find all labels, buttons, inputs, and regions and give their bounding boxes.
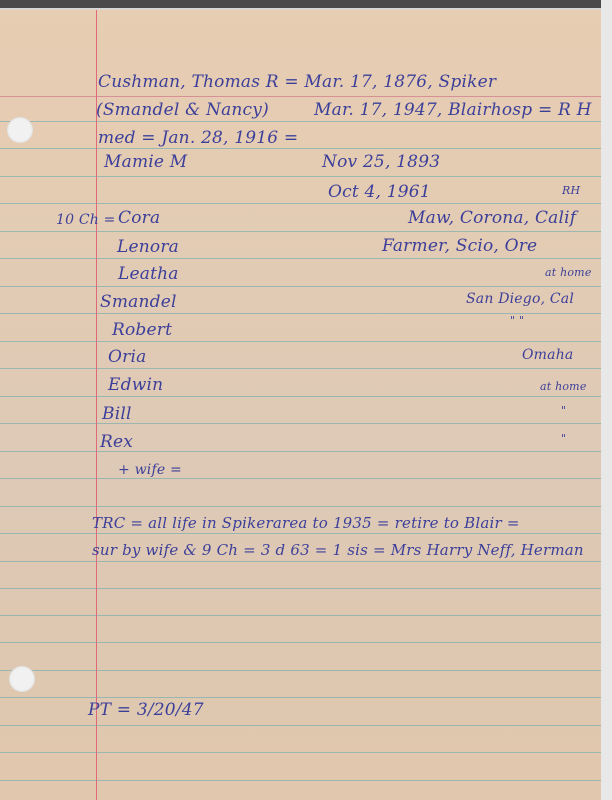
child-name: Robert: [112, 320, 172, 340]
ruled-line: [0, 286, 601, 287]
notebook-page: [0, 10, 601, 800]
ruled-line: [0, 697, 601, 698]
ruled-line: [0, 231, 601, 232]
child-note: at home: [540, 380, 587, 393]
children-footer: + wife =: [118, 462, 182, 478]
ruled-line: [0, 451, 601, 452]
ruled-line: [0, 121, 601, 122]
footer-note: PT = 3/20/47: [88, 700, 204, 720]
ruled-line: [0, 588, 601, 589]
ruled-line: [0, 258, 601, 259]
child-name: Leatha: [118, 264, 179, 284]
ruled-line: [0, 752, 601, 753]
header-rule: [0, 96, 601, 97]
ruled-line: [0, 561, 601, 562]
header-parents: (Smandel & Nancy): [96, 100, 269, 120]
child-name: Oria: [108, 347, 146, 367]
ruled-line: [0, 396, 601, 397]
header-death: Mar. 17, 1947, Blairhosp = R H: [314, 100, 592, 120]
children-label: 10 Ch =: [56, 212, 116, 228]
marriage-date: med = Jan. 28, 1916 =: [98, 128, 298, 148]
notes-line-2: sur by wife & 9 Ch = 3 d 63 = 1 sis = Mr…: [92, 541, 584, 559]
ruled-line: [0, 203, 601, 204]
ruled-line: [0, 176, 601, 177]
spouse-death: Oct 4, 1961: [328, 182, 431, 202]
child-name: Bill: [102, 404, 132, 424]
child-name: Rex: [100, 432, 133, 452]
child-note: San Diego, Cal: [466, 291, 574, 307]
child-note: " ": [510, 314, 524, 327]
spouse-death-note: RH: [562, 184, 580, 197]
ruled-line: [0, 725, 601, 726]
child-note: Farmer, Scio, Ore: [382, 236, 537, 256]
ruled-line: [0, 642, 601, 643]
ruled-line: [0, 478, 601, 479]
child-name: Edwin: [108, 375, 163, 395]
ruled-line: [0, 423, 601, 424]
child-note: Maw, Corona, Calif: [408, 208, 576, 228]
header-line-1: Cushman, Thomas R = Mar. 17, 1876, Spike…: [98, 72, 496, 92]
ruled-line: [0, 341, 601, 342]
binder-hole-top: [7, 117, 33, 143]
margin-line: [96, 10, 97, 800]
child-note: ": [561, 432, 566, 445]
scan-right-edge: [601, 0, 612, 800]
ruled-line: [0, 506, 601, 507]
ruled-line: [0, 615, 601, 616]
child-note: at home: [545, 266, 592, 279]
notes-line-1: TRC = all life in Spikerarea to 1935 = r…: [92, 514, 520, 532]
spouse-name: Mamie M: [104, 152, 187, 172]
ruled-line: [0, 670, 601, 671]
scan-top-edge: [0, 0, 612, 8]
child-name: Smandel: [100, 292, 177, 312]
ruled-line: [0, 533, 601, 534]
child-name: Cora: [118, 208, 160, 228]
ruled-line: [0, 780, 601, 781]
child-name: Lenora: [117, 237, 179, 257]
binder-hole-bottom: [9, 666, 35, 692]
ruled-line: [0, 148, 601, 149]
child-note: ": [561, 404, 566, 417]
child-note: Omaha: [522, 347, 573, 363]
spouse-birth: Nov 25, 1893: [322, 152, 440, 172]
ruled-line: [0, 368, 601, 369]
